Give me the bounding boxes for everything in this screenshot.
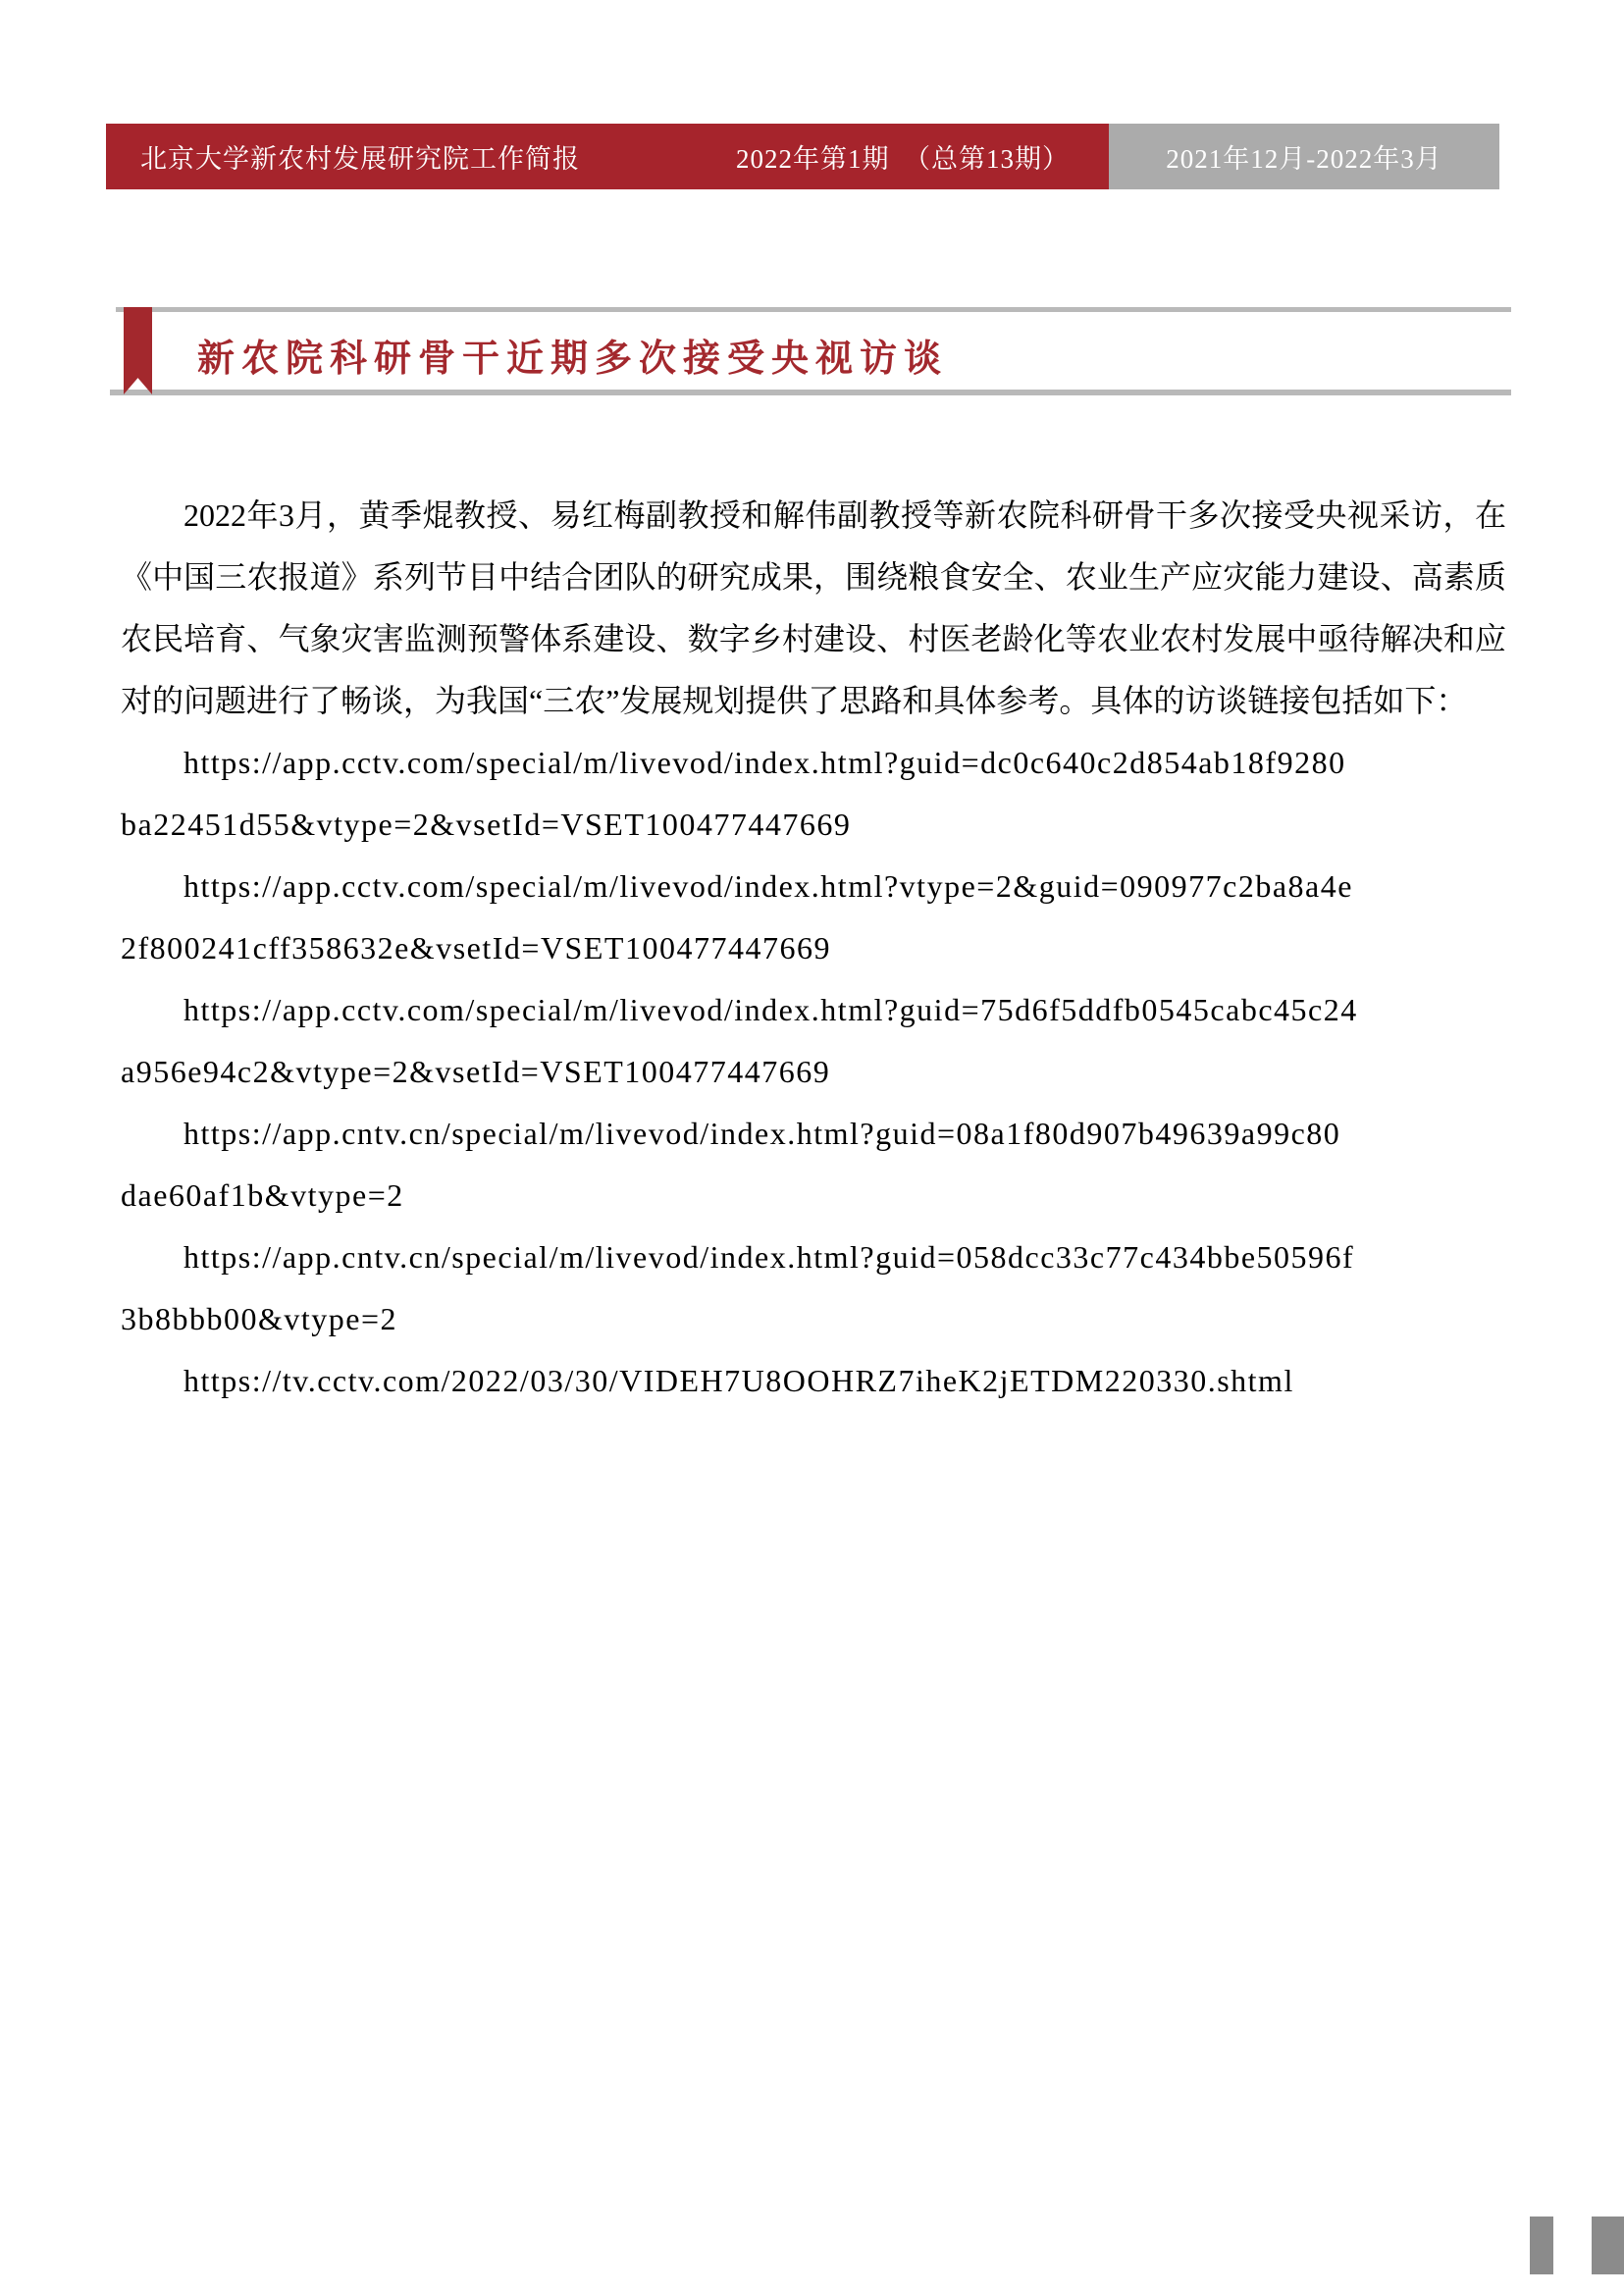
link-url-continuation[interactable]: 3b8bbb00&vtype=2 — [121, 1288, 1506, 1350]
link-url[interactable]: https://app.cctv.com/special/m/livevod/i… — [121, 856, 1506, 917]
article-paragraph: 2022年3月，黄季焜教授、易红梅副教授和解伟副教授等新农院科研骨干多次接受央视… — [121, 485, 1506, 732]
link-url-continuation[interactable]: dae60af1b&vtype=2 — [121, 1165, 1506, 1226]
ribbon-bookmark-icon — [124, 307, 152, 394]
link-url-continuation[interactable]: 2f800241cff358632e&vsetId=VSET1004774476… — [121, 917, 1506, 979]
link-url[interactable]: https://app.cctv.com/special/m/livevod/i… — [121, 979, 1506, 1041]
link-url[interactable]: https://app.cctv.com/special/m/livevod/i… — [121, 732, 1506, 794]
link-url-continuation[interactable]: ba22451d55&vtype=2&vsetId=VSET1004774476… — [121, 794, 1506, 856]
document-page: 北京大学新农村发展研究院工作简报 2022年第1期 （总第13期） 2021年1… — [0, 0, 1624, 2295]
bulletin-title: 北京大学新农村发展研究院工作简报 — [140, 137, 580, 176]
period-label: 2021年12月-2022年3月 — [1166, 137, 1442, 176]
page-header: 北京大学新农村发展研究院工作简报 2022年第1期 （总第13期） 2021年1… — [106, 124, 1499, 189]
header-red-band: 北京大学新农村发展研究院工作简报 2022年第1期 （总第13期） — [106, 124, 1109, 189]
section-title: 新农院科研骨干近期多次接受央视访谈 — [197, 336, 948, 383]
footer-decoration-square — [1530, 2217, 1553, 2274]
issue-label: 2022年第1期 （总第13期） — [736, 137, 1070, 176]
link-url[interactable]: https://app.cntv.cn/special/m/livevod/in… — [121, 1226, 1506, 1288]
link-url[interactable]: https://tv.cctv.com/2022/03/30/VIDEH7U8O… — [121, 1350, 1506, 1412]
link-url-continuation[interactable]: a956e94c2&vtype=2&vsetId=VSET10047744766… — [121, 1041, 1506, 1103]
section-rule-bottom — [110, 390, 1511, 395]
header-gray-band: 2021年12月-2022年3月 — [1109, 124, 1499, 189]
article-body: 2022年3月，黄季焜教授、易红梅副教授和解伟副教授等新农院科研骨干多次接受央视… — [121, 485, 1506, 1412]
link-url[interactable]: https://app.cntv.cn/special/m/livevod/in… — [121, 1103, 1506, 1165]
footer-decoration-bar — [1592, 2217, 1624, 2274]
section-rule-top — [116, 307, 1511, 312]
